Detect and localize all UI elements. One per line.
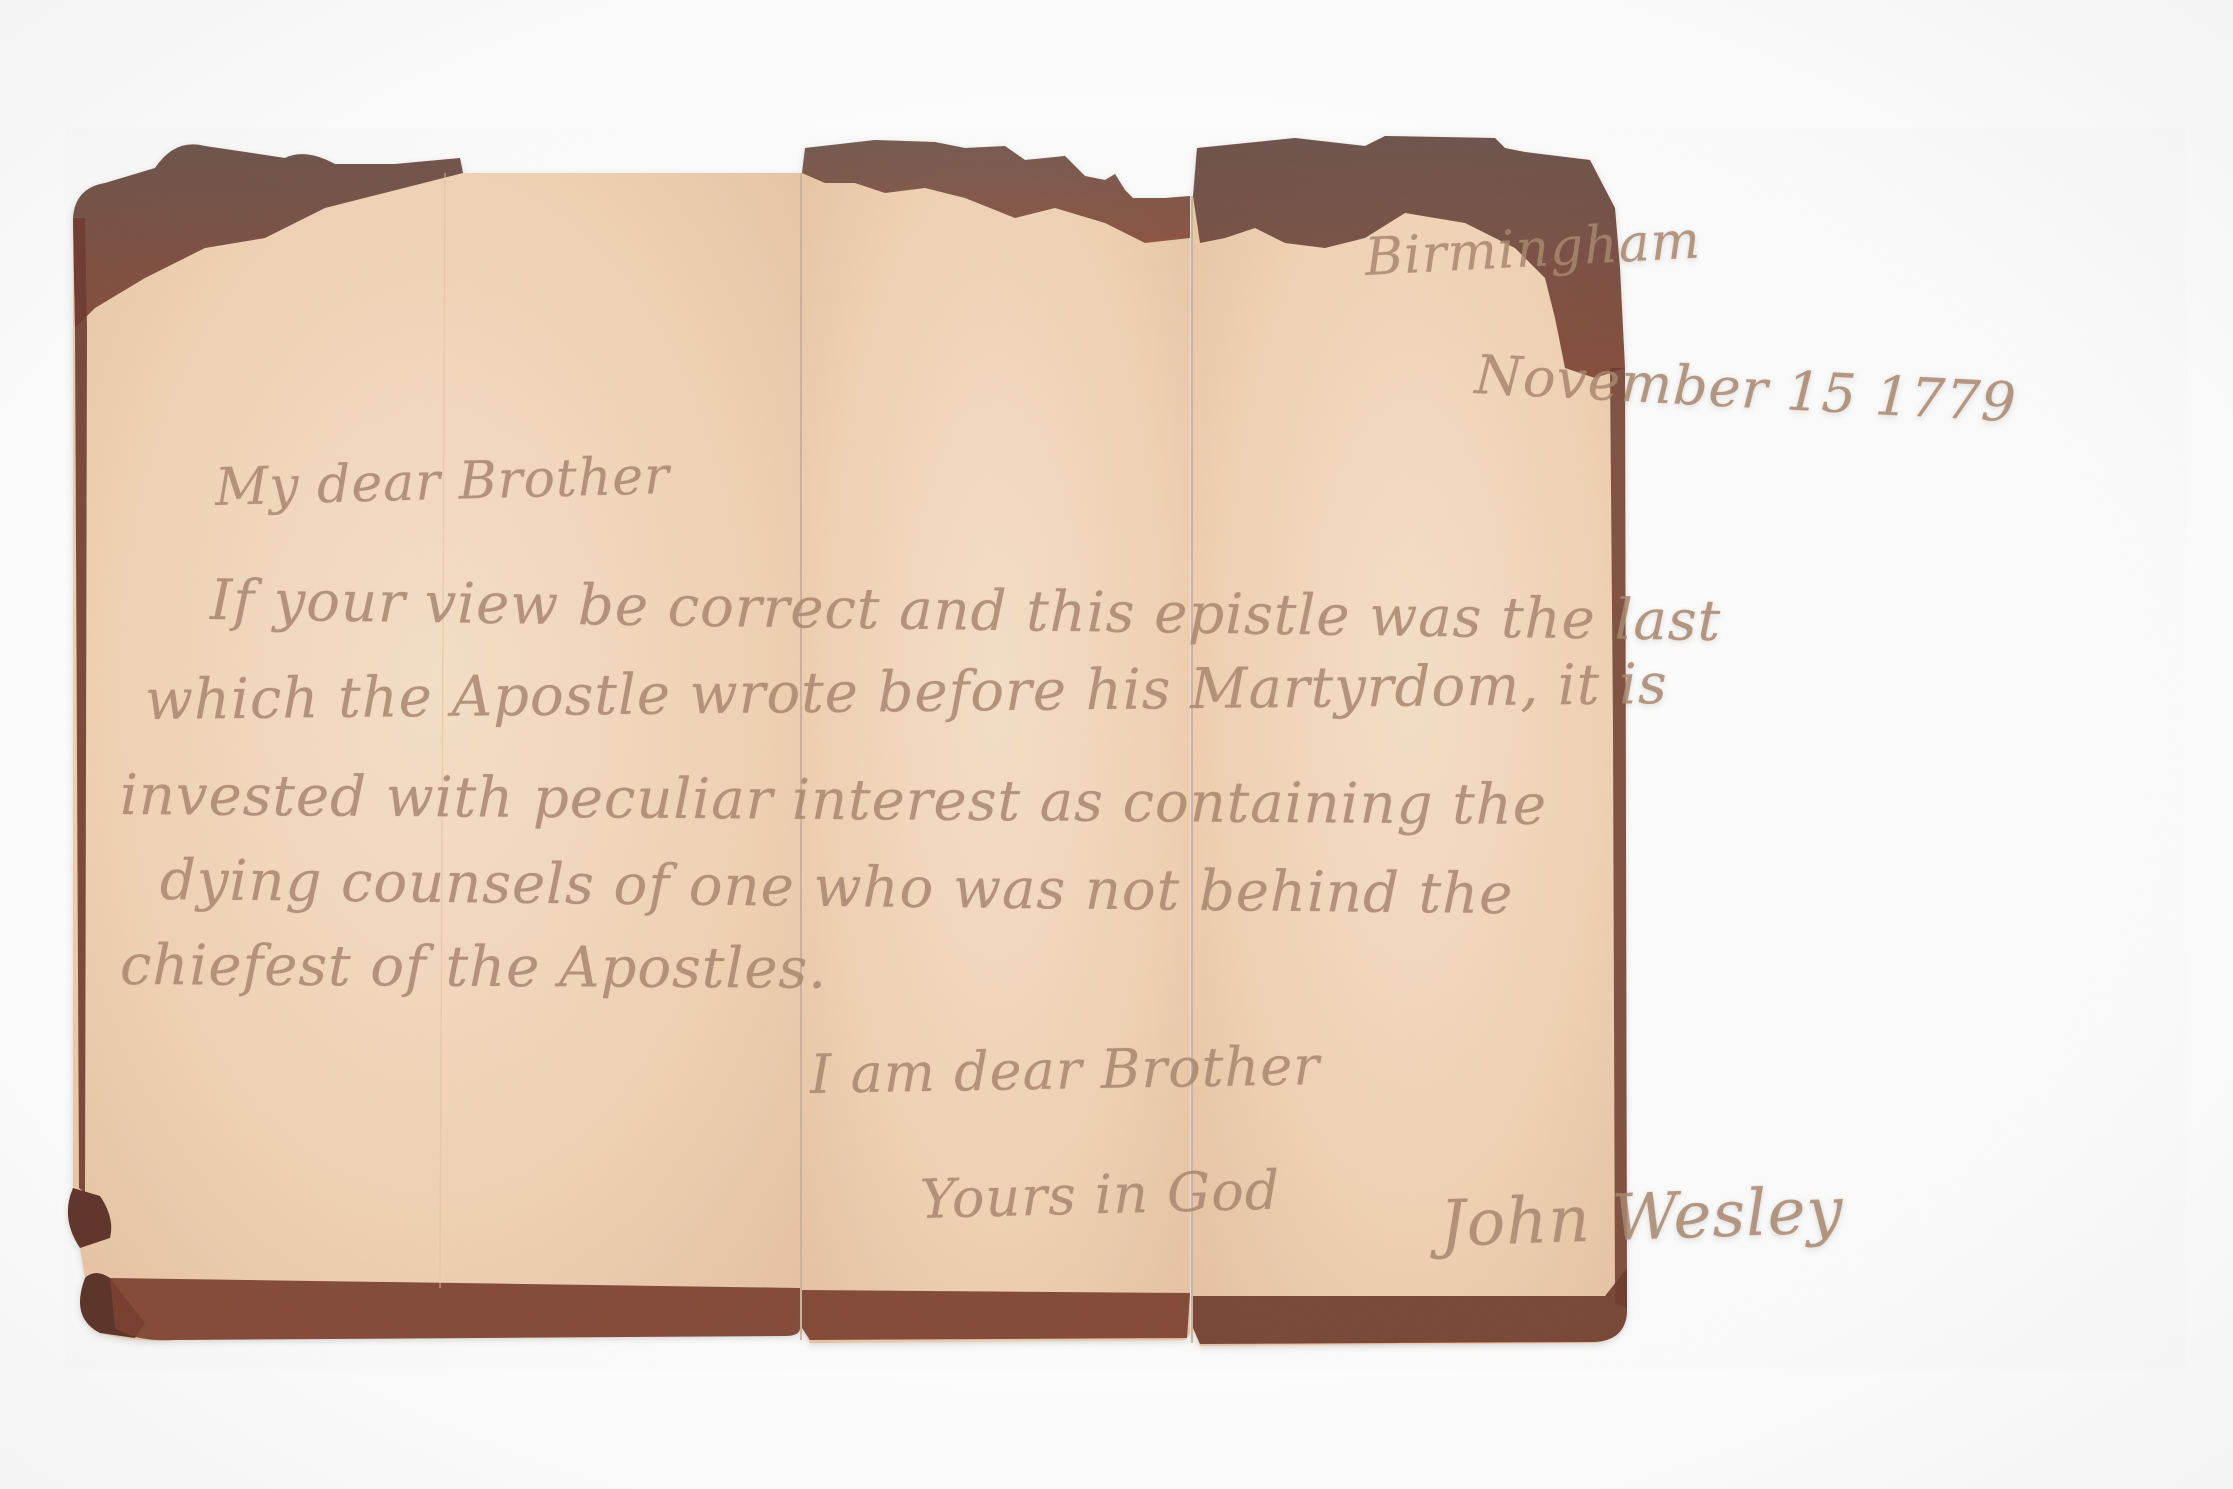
letter-paper: Birmingham November 15 1779 My dear Brot… bbox=[65, 128, 2187, 1368]
letter-body-line: chiefest of the Apostles. bbox=[120, 933, 827, 1002]
letter-body-line: invested with peculiar interest as conta… bbox=[120, 763, 1547, 838]
photo-stage: Birmingham November 15 1779 My dear Brot… bbox=[0, 0, 2233, 1489]
letter-valediction: Yours in God bbox=[919, 1159, 1281, 1231]
letter-closing: I am dear Brother bbox=[809, 1034, 1320, 1106]
letter-salutation: My dear Brother bbox=[214, 446, 670, 518]
letter-signature: John Wesley bbox=[1439, 1174, 1845, 1262]
